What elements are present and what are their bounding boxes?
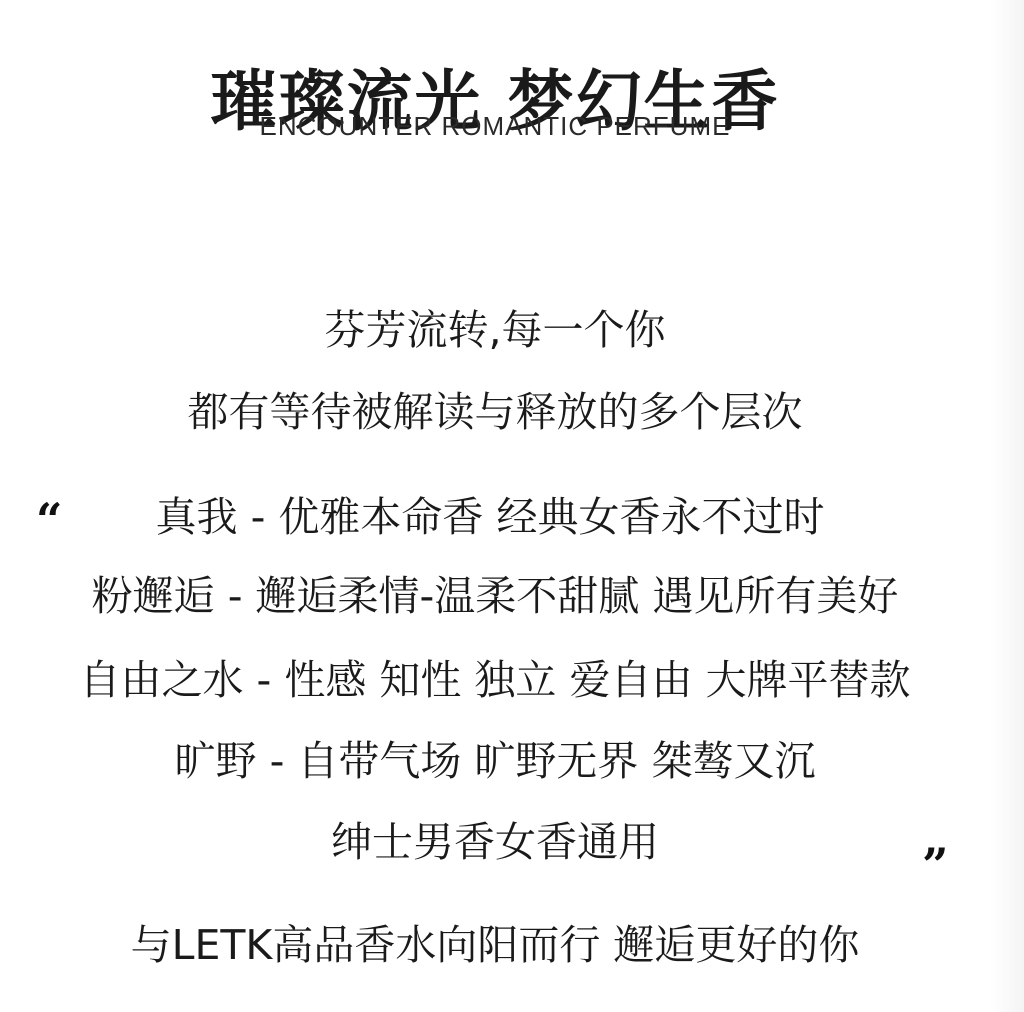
footer-tagline: 与LETK高品香水向阳而行 邂逅更好的你 xyxy=(0,917,990,973)
quote-line-fenxiehou: 粉邂逅 - 邂逅柔情-温柔不甜腻 遇见所有美好 xyxy=(0,568,990,624)
quote-line-zhenwo: 真我 - 优雅本命香 经典女香永不过时 xyxy=(50,489,930,545)
intro-line-1: 芬芳流转,每一个你 xyxy=(0,302,990,358)
quote-line-kuangye: 旷野 - 自带气场 旷野无界 桀骜又沉 xyxy=(0,733,990,789)
headline-subtitle: ENCOUNTER ROMANTIC PERFUME xyxy=(0,108,990,144)
intro-line-2: 都有等待被解读与释放的多个层次 xyxy=(0,384,990,440)
quote-line-unisex: 绅士男香女香通用 xyxy=(0,814,990,870)
quote-line-ziyouzhishui: 自由之水 - 性感 知性 独立 爱自由 大牌平替款 xyxy=(0,652,990,708)
close-quote-icon: ” xyxy=(922,842,948,888)
